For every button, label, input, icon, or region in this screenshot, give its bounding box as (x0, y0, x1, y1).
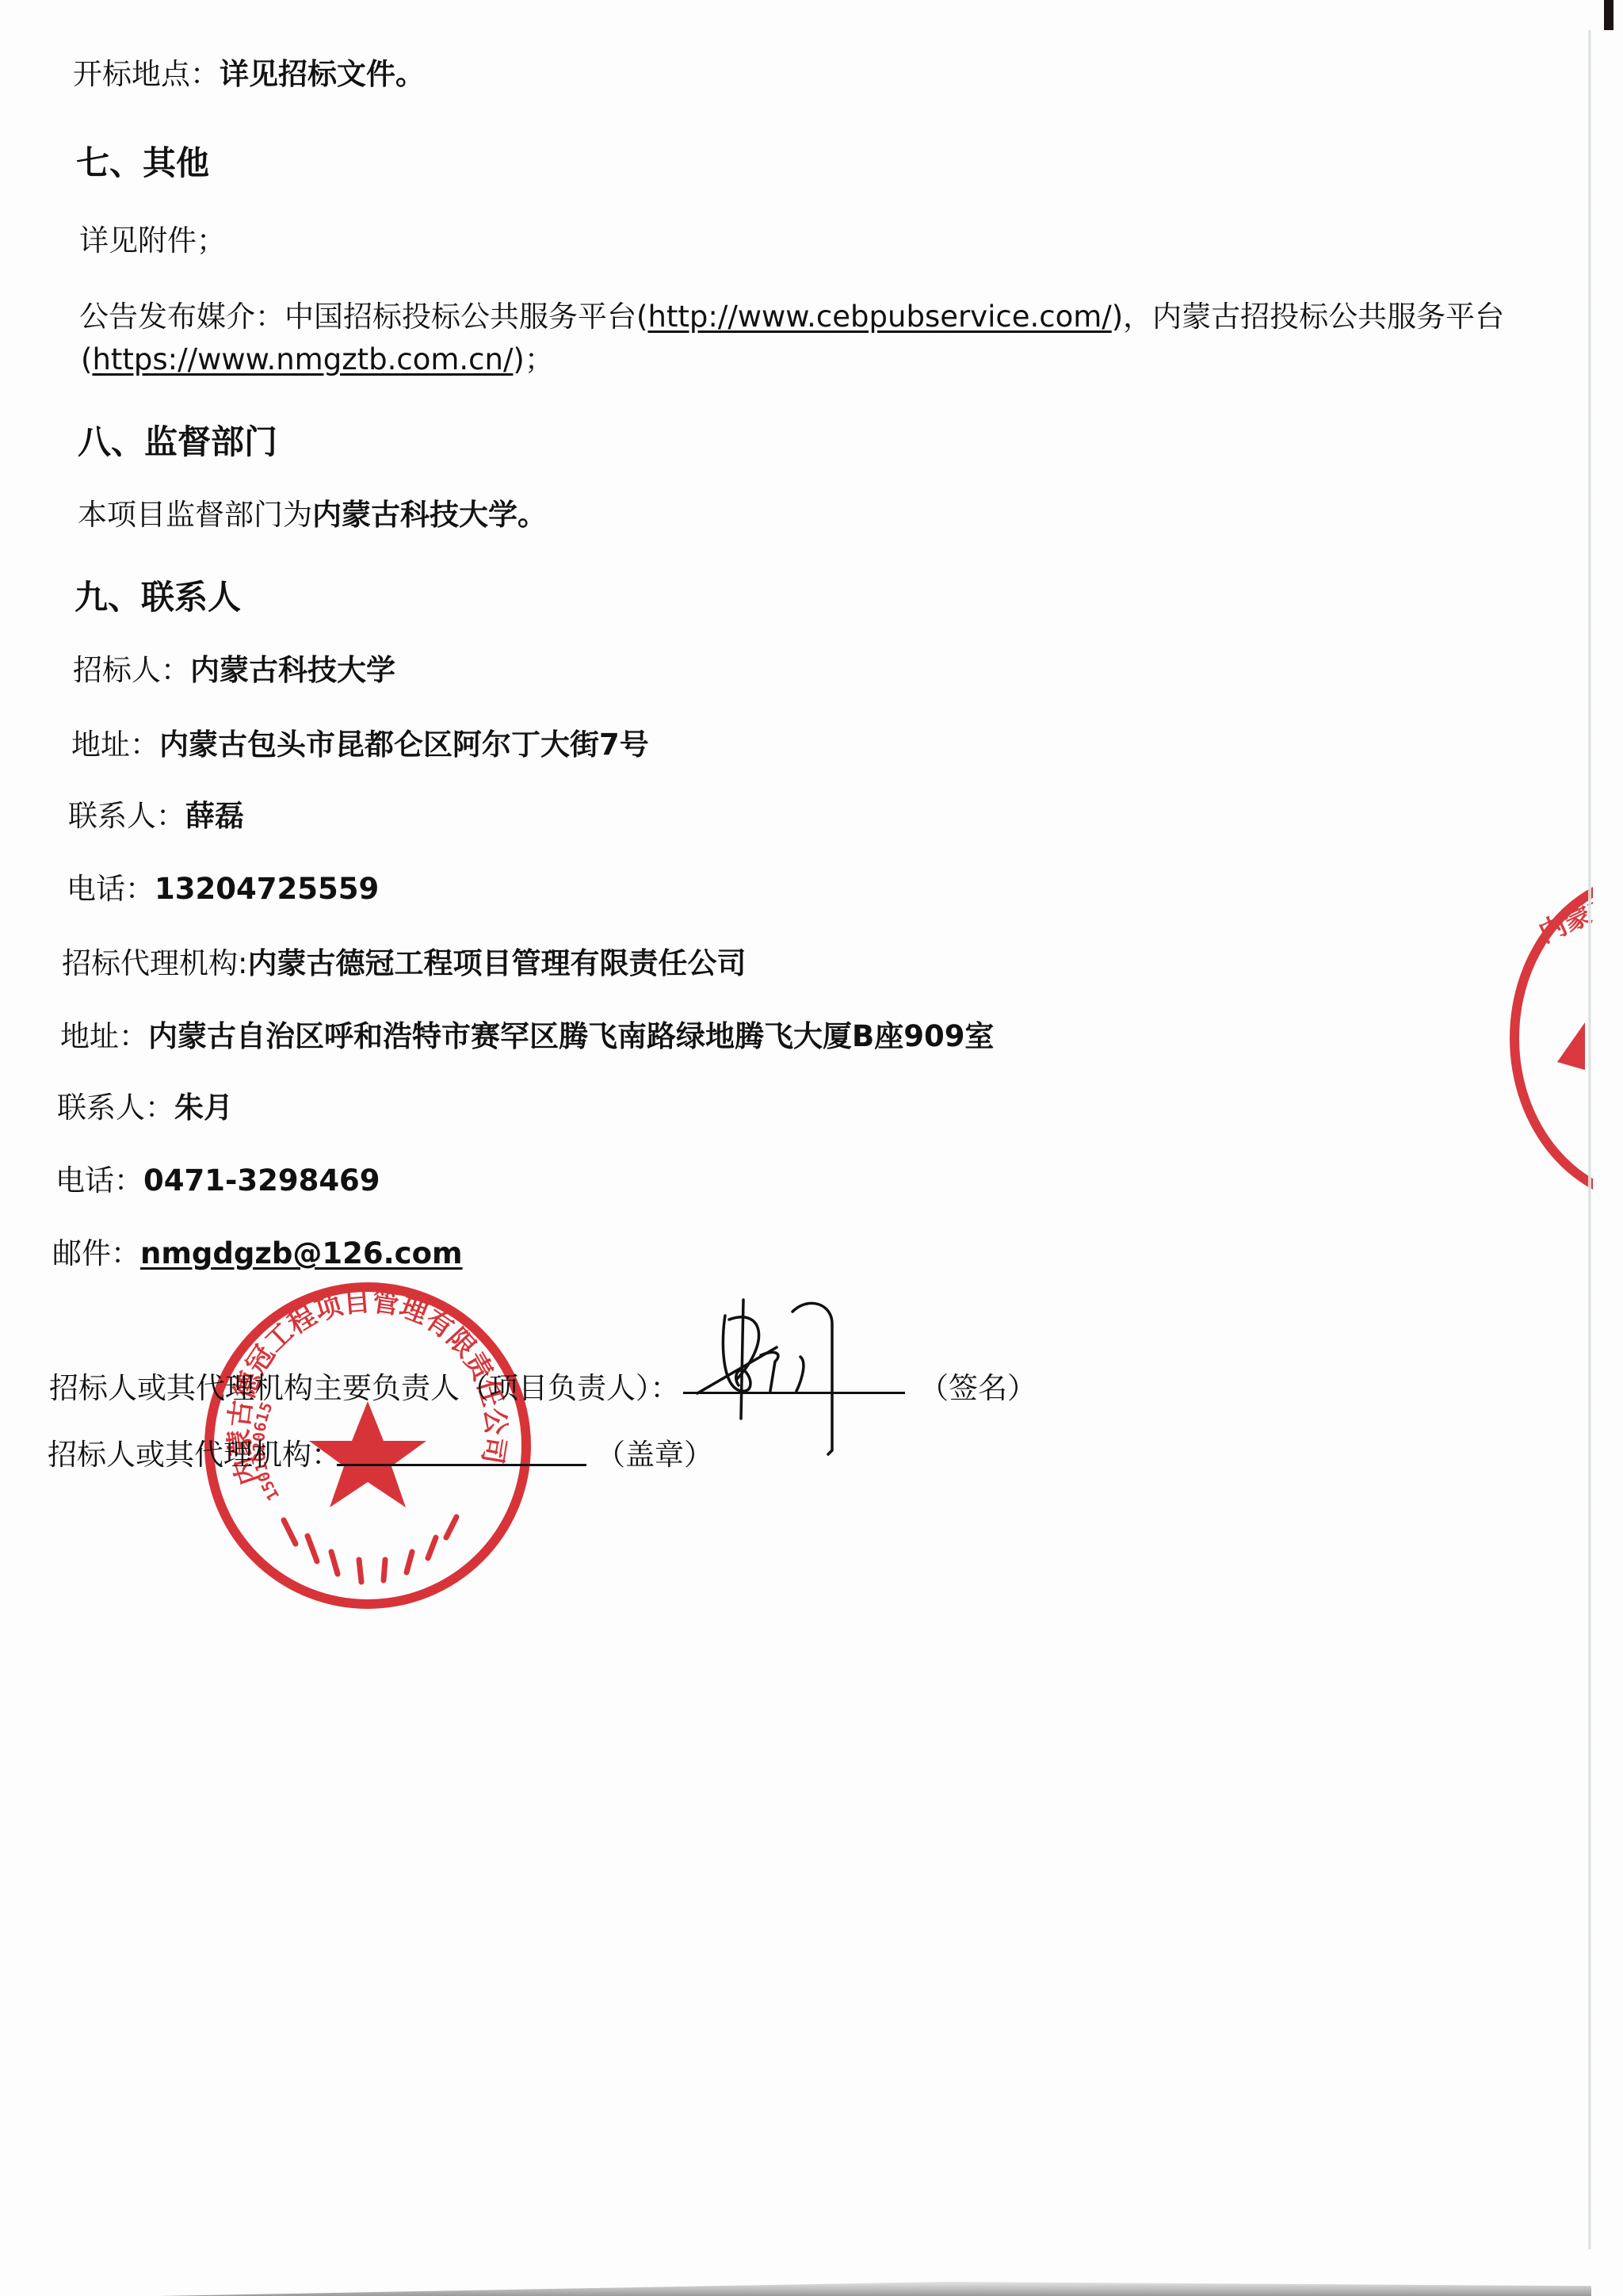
seal-mongolian-script (284, 1517, 456, 1582)
partial-seal-text: 内蒙古 (1534, 887, 1593, 949)
agency-contact-label: 联系人： (57, 1091, 174, 1125)
media-line-2: (https://www.nmgztb.com.cn/)； (81, 341, 554, 379)
scan-edge-bottom (158, 2282, 1591, 2296)
agency-contact-line: 联系人：朱月 (57, 1089, 233, 1127)
partial-star-icon (1557, 1022, 1585, 1070)
section7-heading: 七、其他 (76, 144, 209, 182)
seal-underline (337, 1464, 586, 1466)
opening-location-line: 开标地点：详见招标文件。 (73, 55, 425, 94)
document-page: 开标地点：详见招标文件。 七、其他 详见附件； 公告发布媒介：中国招标投标公共服… (0, 0, 1593, 2283)
org-label: 招标人或其代理机构： (48, 1438, 341, 1472)
principal-label: 招标人或其代理机构主要负责人（项目负责人）： (49, 1371, 680, 1405)
org-suffix: （盖章） (596, 1436, 713, 1474)
supervision-value: 内蒙古科技大学。 (312, 498, 547, 532)
media-text-2: )，内蒙古招投标公共服务平台 (1112, 300, 1504, 334)
agency-line: 招标代理机构:内蒙古德冠工程项目管理有限责任公司 (62, 945, 746, 983)
principal-signature-line: 招标人或其代理机构主要负责人（项目负责人）： (49, 1370, 680, 1408)
agency-phone-value: 0471-3298469 (143, 1163, 380, 1198)
agency-address-line: 地址：内蒙古自治区呼和浩特市赛罕区腾飞南路绿地腾飞大厦B座909室 (60, 1018, 994, 1056)
agency-address-value: 内蒙古自治区呼和浩特市赛罕区腾飞南路绿地腾飞大厦B座909室 (148, 1019, 994, 1053)
agency-label: 招标代理机构: (62, 946, 247, 980)
handwritten-signature (682, 1292, 840, 1458)
org-seal-line: 招标人或其代理机构： (48, 1436, 341, 1474)
tenderer-phone-line: 电话：13204725559 (67, 870, 379, 908)
tenderer-value: 内蒙古科技大学 (190, 653, 395, 687)
media-text-4: )； (513, 342, 553, 376)
tenderer-phone-value: 13204725559 (155, 872, 379, 906)
tenderer-label: 招标人： (73, 653, 190, 687)
tenderer-address-label: 地址： (71, 728, 159, 762)
media-text-3: ( (81, 342, 92, 376)
tenderer-address-line: 地址：内蒙古包头市昆都仑区阿尔丁大街7号 (71, 726, 649, 764)
scan-edge-top (1604, 0, 1613, 30)
tenderer-line: 招标人：内蒙古科技大学 (73, 651, 395, 690)
agency-email-label: 邮件： (52, 1236, 140, 1270)
scan-edge-right (1588, 30, 1591, 2249)
section9-heading: 九、联系人 (74, 579, 241, 617)
tenderer-address-value: 内蒙古包头市昆都仑区阿尔丁大街7号 (159, 728, 649, 762)
agency-phone-label: 电话： (55, 1163, 143, 1198)
opening-location-value: 详见招标文件。 (220, 57, 425, 91)
partial-seal-right: 内蒙古 (1490, 856, 1593, 1236)
agency-email-link[interactable]: nmgdgzb@126.com (140, 1236, 463, 1270)
agency-phone-line: 电话：0471-3298469 (55, 1162, 380, 1200)
tenderer-contact-line: 联系人：薛磊 (68, 797, 244, 835)
media-line-1: 公告发布媒介：中国招标投标公共服务平台(http://www.cebpubser… (79, 298, 1504, 336)
tenderer-phone-label: 电话： (67, 872, 155, 906)
section8-heading: 八、监督部门 (78, 423, 277, 461)
attachment-note: 详见附件； (79, 222, 226, 260)
supervision-line: 本项目监督部门为内蒙古科技大学。 (78, 496, 547, 534)
agency-value: 内蒙古德冠工程项目管理有限责任公司 (247, 946, 746, 980)
media-label: 公告发布媒介： (79, 300, 285, 334)
agency-email-line: 邮件：nmgdgzb@126.com (52, 1235, 463, 1273)
tenderer-contact-value: 薛磊 (185, 799, 244, 833)
agency-address-label: 地址： (60, 1019, 148, 1053)
media-text-1: 中国招标投标公共服务平台( (285, 300, 647, 334)
supervision-prefix: 本项目监督部门为 (78, 498, 312, 532)
principal-suffix: （签名） (919, 1370, 1037, 1408)
tenderer-contact-label: 联系人： (68, 799, 185, 833)
agency-contact-value: 朱月 (174, 1091, 233, 1125)
opening-location-label: 开标地点： (73, 57, 220, 91)
cebpubservice-link[interactable]: http://www.cebpubservice.com/ (647, 300, 1111, 334)
nmgztb-link[interactable]: https://www.nmgztb.com.cn/ (92, 342, 513, 376)
